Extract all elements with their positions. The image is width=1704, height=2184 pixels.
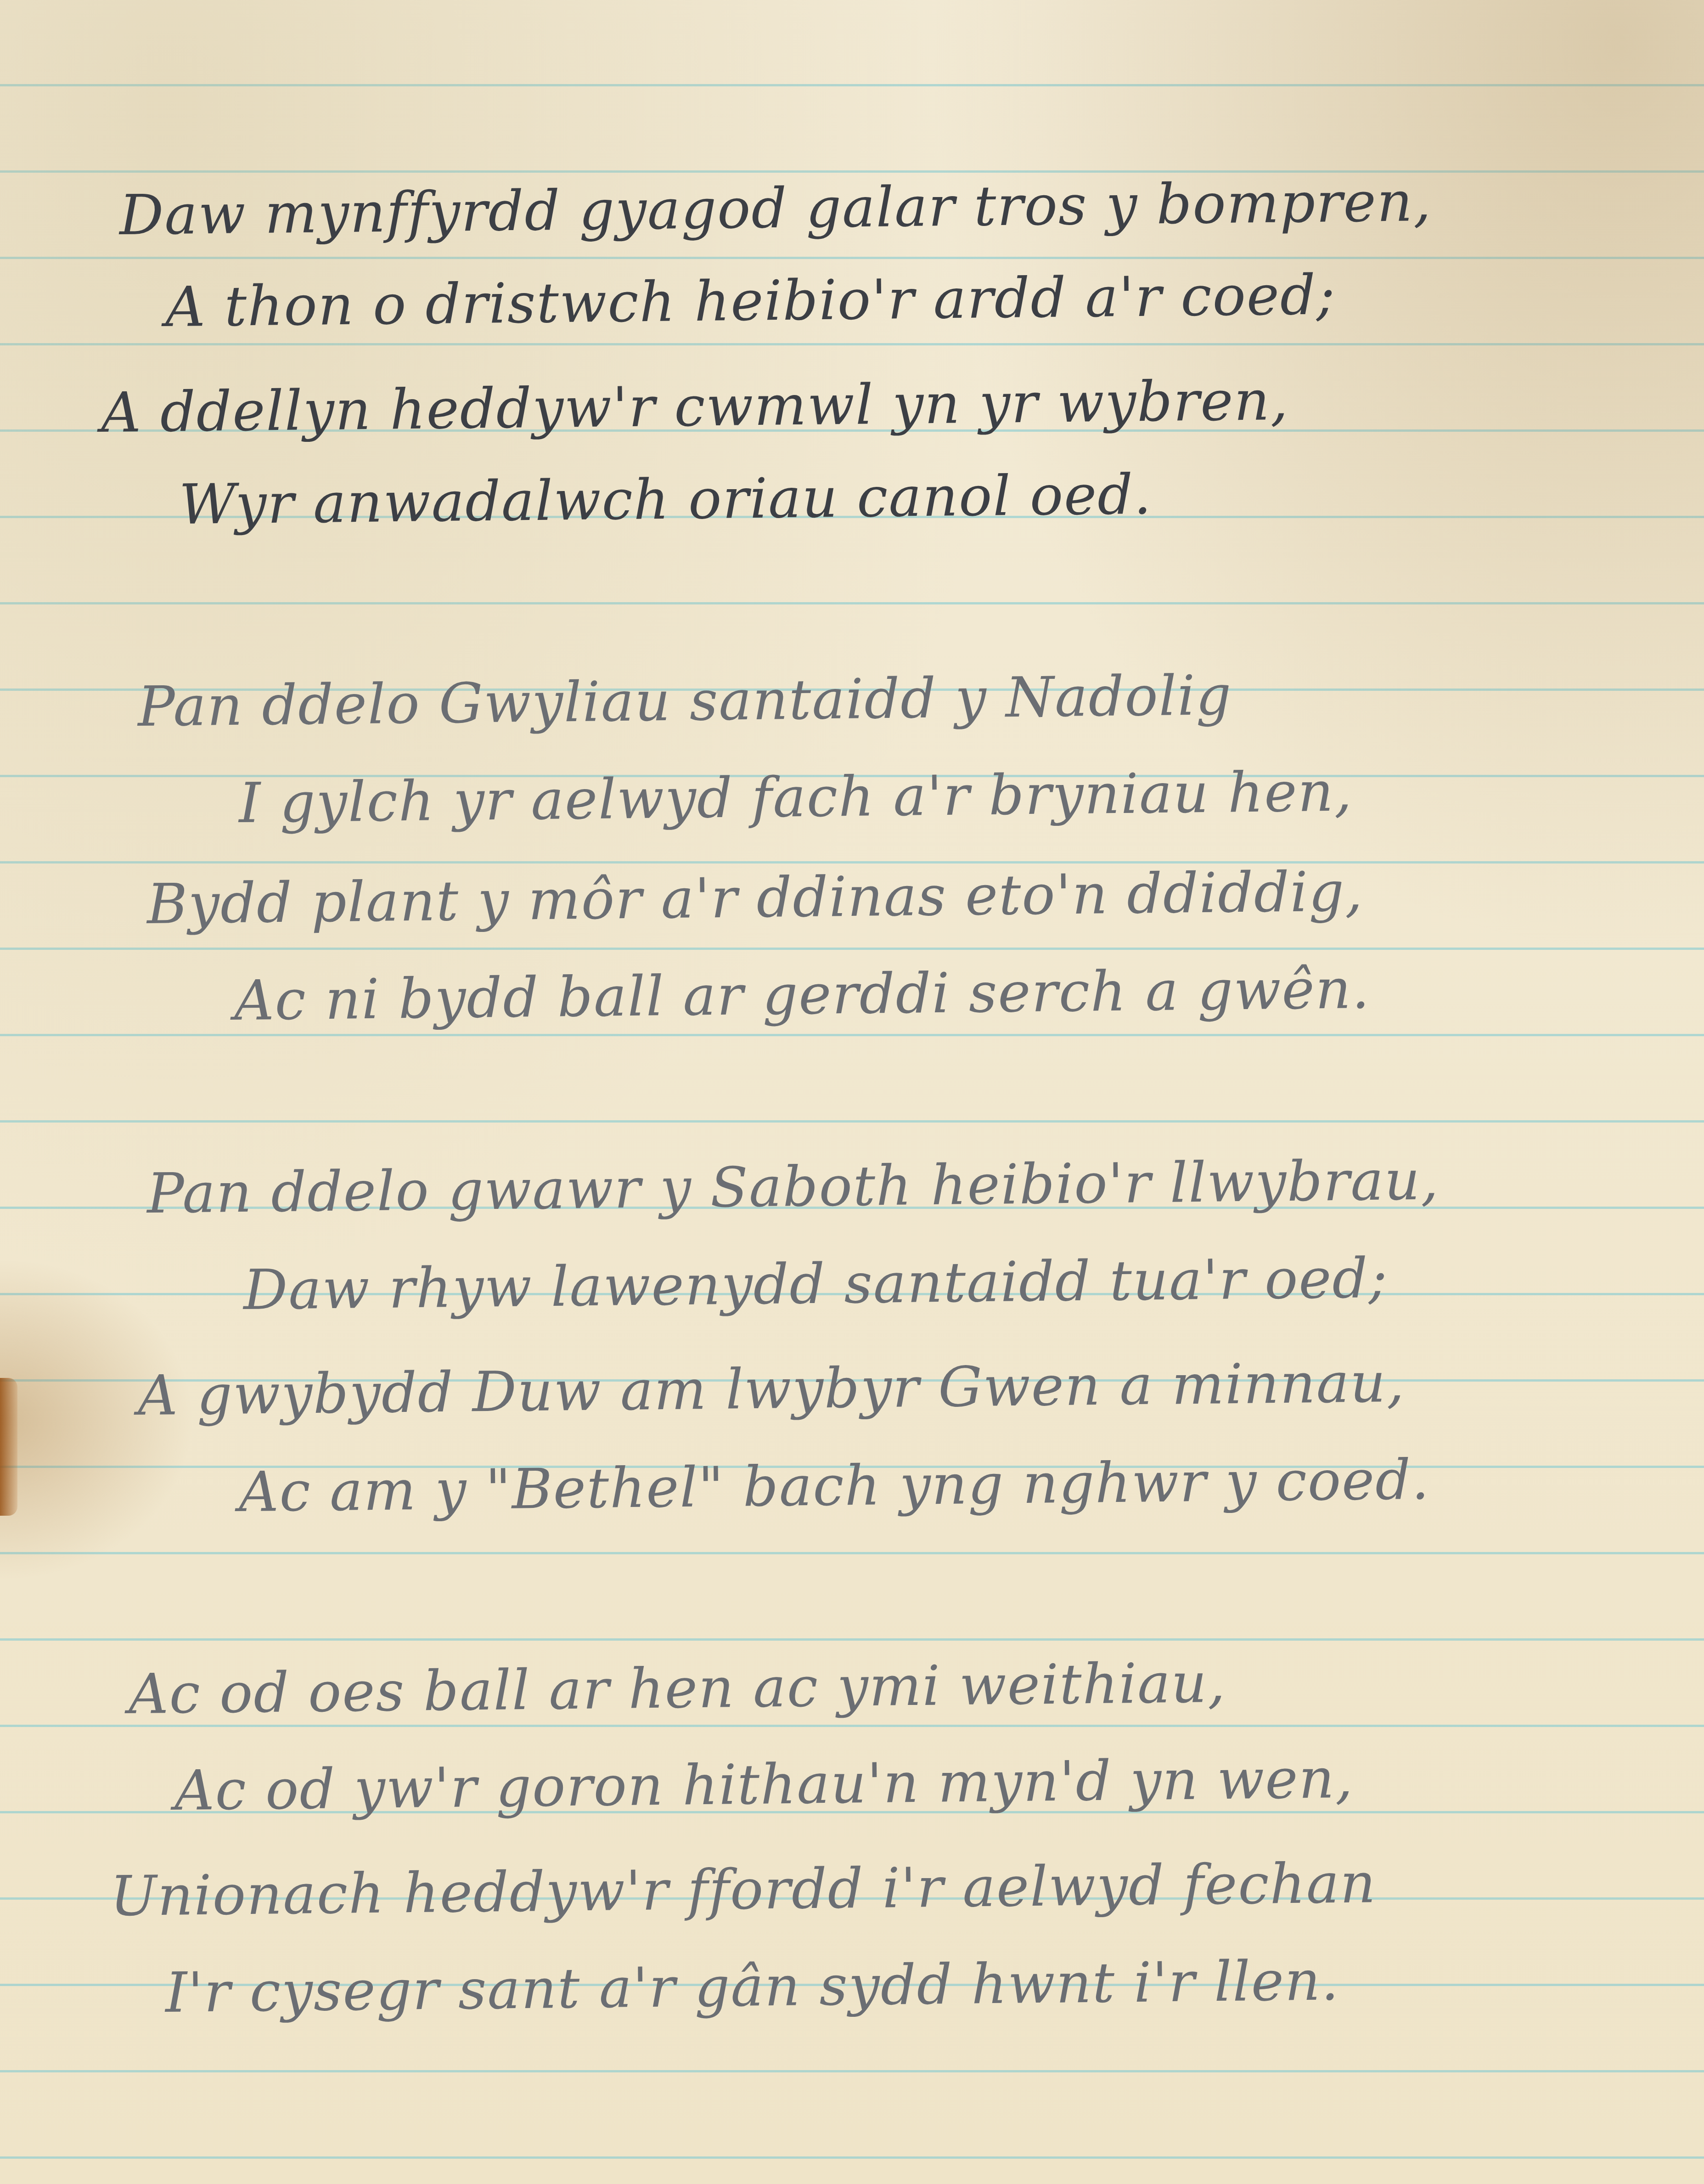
poem-line: Unionach heddyw'r ffordd i'r aelwyd fech… [110, 1851, 1377, 1929]
poem-line: Pan ddelo gwawr y Saboth heibio'r llwybr… [146, 1149, 1440, 1226]
poem: Daw mynffyrdd gyagod galar tros y bompre… [0, 0, 1704, 2184]
poem-line: I gylch yr aelwyd fach a'r bryniau hen, [238, 760, 1353, 835]
poem-line: Ac od oes ball ar hen ac ymi weithiau, [128, 1651, 1226, 1727]
poem-line: Daw mynffyrdd gyagod galar tros y bompre… [119, 170, 1432, 248]
poem-line: I'r cysegr sant a'r gân sydd hwnt i'r ll… [165, 1949, 1340, 2025]
poem-line: Bydd plant y môr a'r ddinas eto'n ddiddi… [146, 860, 1363, 937]
poem-line: A gwybydd Duw am lwybyr Gwen a minnau, [137, 1351, 1405, 1428]
poem-line: Ac od yw'r goron hithau'n myn'd yn wen, [174, 1747, 1354, 1823]
poem-line: Wyr anwadalwch oriau canol oed. [179, 463, 1153, 537]
poem-line: Pan ddelo Gwyliau santaidd y Nadolig [137, 664, 1232, 739]
poem-line: A ddellyn heddyw'r cwmwl yn yr wybren, [101, 369, 1289, 445]
poem-line: Ac ni bydd ball ar gerddi serch a gwên. [234, 957, 1370, 1033]
poem-line: A thon o dristwch heibio'r ardd a'r coed… [165, 263, 1336, 339]
poem-line: Ac am y "Bethel" bach yng nghwr y coed. [238, 1448, 1430, 1524]
poem-line: Daw rhyw lawenydd santaidd tua'r oed; [243, 1247, 1388, 1322]
